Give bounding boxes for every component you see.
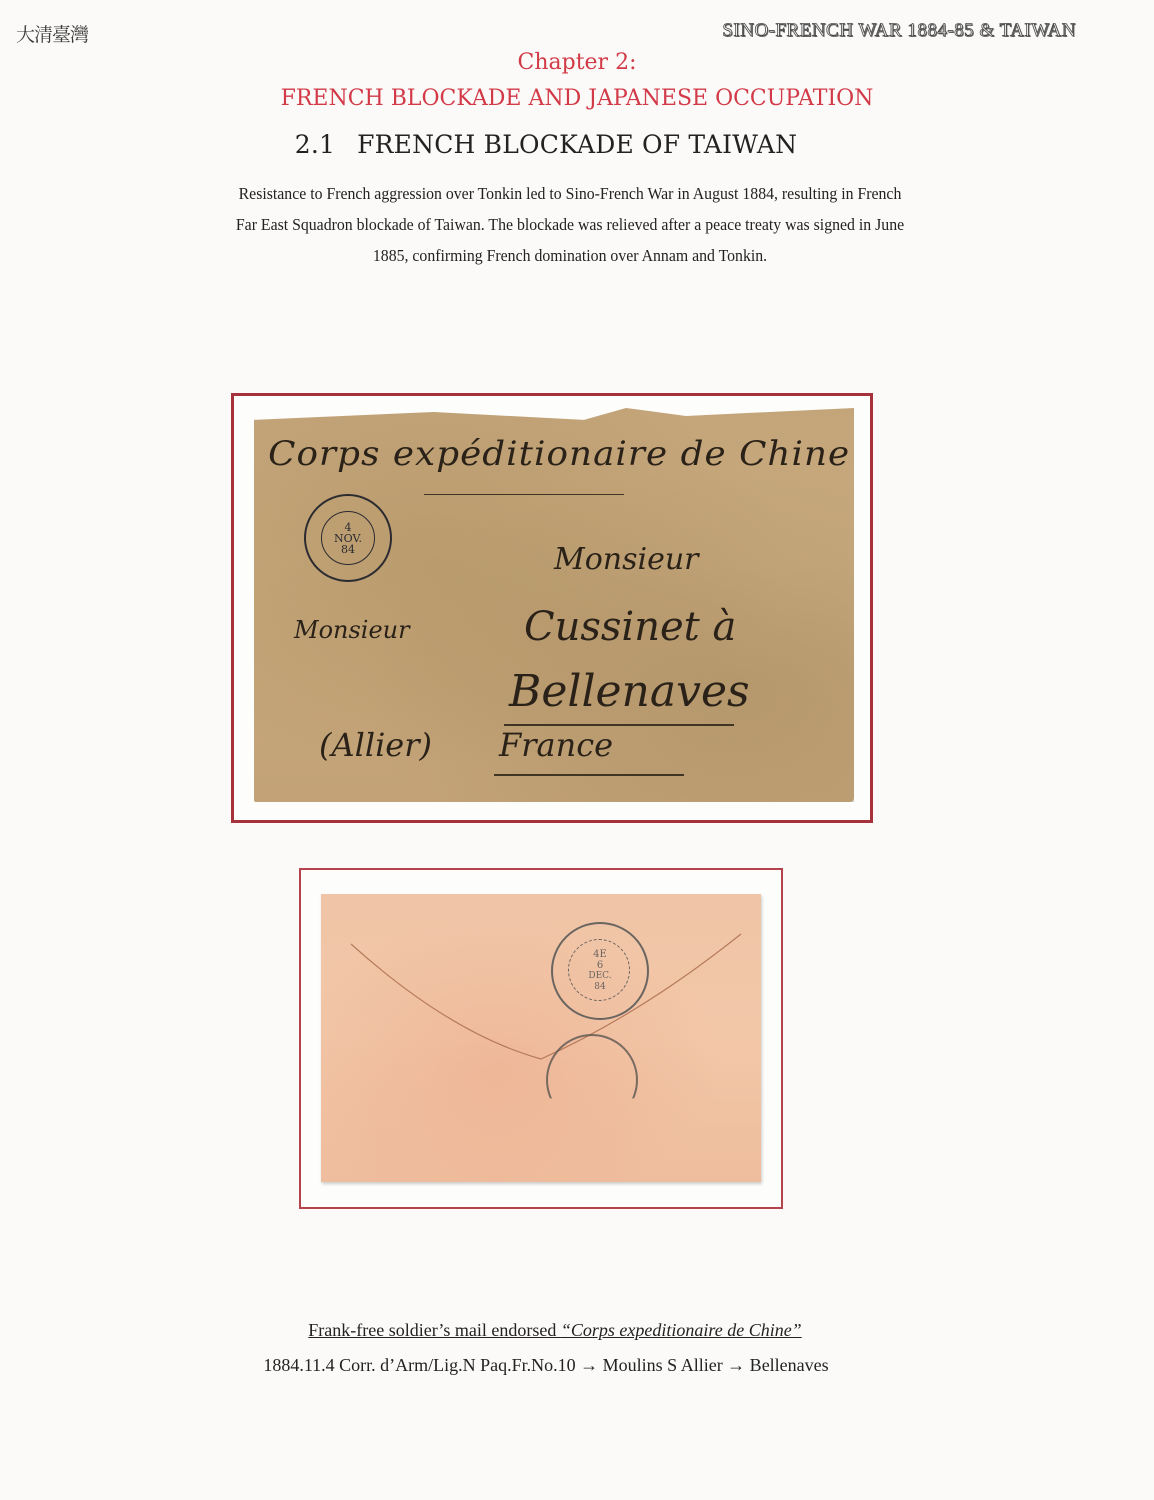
chapter-label: Chapter 2: [0,50,1154,75]
postmark-back-moulins: 4E 6 DEC. 84 [551,922,649,1020]
envelope-front-image: Corps expéditionaire de Chine 4 NOV. 84 … [254,404,854,802]
address-country: France [499,726,613,764]
address-monsieur-2: Monsieur [294,616,410,644]
chapter-title: FRENCH BLOCKADE AND JAPANESE OCCUPATION [0,86,1154,111]
section-heading: FRENCH BLOCKADE OF TAIWAN [357,130,797,159]
intro-line: Resistance to French aggression over Ton… [133,178,1007,209]
section-title: 2.1FRENCH BLOCKADE OF TAIWAN [0,130,1092,159]
address-name: Cussinet à [524,604,736,650]
front-cover-frame: Corps expéditionaire de Chine 4 NOV. 84 … [231,393,873,823]
intro-line: Far East Squadron blockade of Taiwan. Th… [133,209,1007,240]
intro-line: 1885, confirming French domination over … [133,240,1007,271]
address-city: Bellenaves [509,666,750,717]
header-exhibit-title: SINO-FRENCH WAR 1884-85 & TAIWAN [722,20,1076,42]
back-cover-frame: 4E 6 DEC. 84 [299,868,783,1209]
header-chinese-title: 大清臺灣 [16,20,88,47]
caption-quote: “Corps expeditionaire de Chine” [561,1320,802,1340]
section-number: 2.1 [295,130,335,159]
caption-description: Frank-free soldier’s mail endorsed “Corp… [0,1320,1110,1341]
postmark-front: 4 NOV. 84 [304,494,392,582]
endorsement-handwriting: Corps expéditionaire de Chine [268,434,850,474]
intro-paragraph: Resistance to French aggression over Ton… [133,178,1007,271]
envelope-flap-lines [321,894,761,1182]
address-monsieur: Monsieur [554,542,699,577]
address-department: (Allier) [319,726,432,764]
envelope-back-image: 4E 6 DEC. 84 [321,894,761,1182]
caption-route: 1884.11.4 Corr. d’Arm/Lig.N Paq.Fr.No.10… [0,1355,1092,1376]
